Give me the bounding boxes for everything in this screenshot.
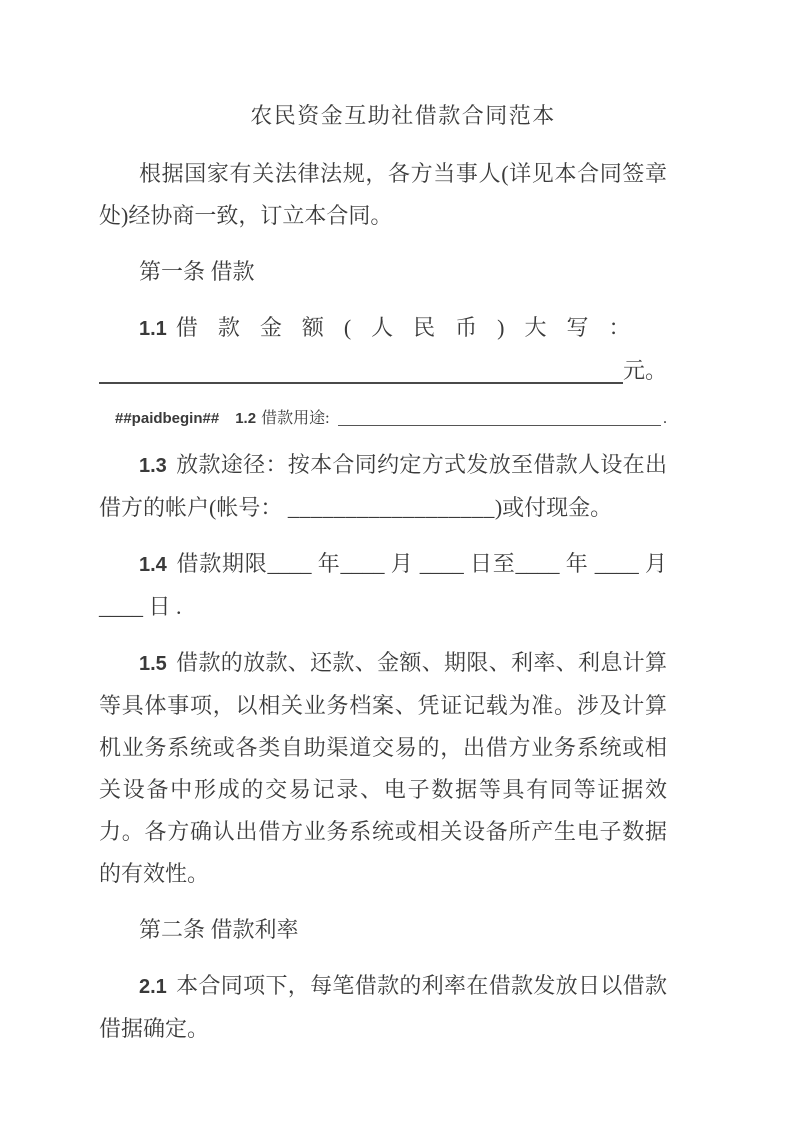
- account-number-blank: __________________: [288, 495, 495, 520]
- contract-page: 农民资金互助社借款合同范本 根据国家有关法律法规，各方当事人(详见本合同签章处)…: [0, 0, 793, 1122]
- clause-1-1-text: 1.1借款金额(人民币)大写：: [99, 307, 667, 350]
- clause-2-1-number: 2.1: [139, 976, 167, 998]
- amount-blank-row: 元。: [99, 350, 667, 392]
- clause-1-3-text-after: )或付现金。: [495, 495, 612, 520]
- clause-1-4: 1.4借款期限____ 年____ 月 ____ 日至____ 年 ____ 月…: [99, 543, 667, 628]
- paid-begin-marker: ##paidbegin##: [115, 408, 219, 430]
- purpose-blank-line: [338, 425, 661, 426]
- clause-1-5: 1.5借款的放款、还款、金额、期限、利率、利息计算等具体事项，以相关业务档案、凭…: [99, 642, 667, 895]
- amount-blank-line: [99, 382, 623, 384]
- document-title: 农民资金互助社借款合同范本: [99, 95, 667, 137]
- clause-1-3: 1.3放款途径：按本合同约定方式发放至借款人设在出借方的帐户(帐号： _____…: [99, 444, 667, 529]
- clause-1-4-number: 1.4: [139, 554, 167, 576]
- section-2-heading: 第二条 借款利率: [99, 909, 667, 951]
- clause-1-5-text: 借款的放款、还款、金额、期限、利率、利息计算等具体事项，以相关业务档案、凭证记载…: [99, 650, 667, 886]
- clause-2-1: 2.1本合同项下，每笔借款的利率在借款发放日以借款借据确定。: [99, 965, 667, 1050]
- clause-1-5-number: 1.5: [139, 653, 167, 675]
- clause-1-1-label: 借款金额(人民币)大写：: [176, 315, 651, 340]
- paid-begin-row: ##paidbegin## 1.2 借款用途: .: [99, 406, 667, 430]
- section-1-heading: 第一条 借款: [99, 251, 667, 293]
- clause-1-1-number: 1.1: [139, 318, 167, 340]
- clause-1-1: 1.1借款金额(人民币)大写： 元。: [99, 307, 667, 392]
- amount-unit: 元。: [623, 350, 667, 392]
- clause-1-3-number: 1.3: [139, 455, 167, 477]
- intro-paragraph: 根据国家有关法律法规，各方当事人(详见本合同签章处)经协商一致，订立本合同。: [99, 153, 667, 237]
- purpose-line-period: .: [663, 408, 667, 430]
- loan-purpose-label: 借款用途:: [261, 408, 329, 430]
- clause-2-1-text: 本合同项下，每笔借款的利率在借款发放日以借款借据确定。: [99, 973, 667, 1041]
- clause-1-2-number: 1.2: [235, 408, 256, 430]
- clause-1-4-text: 借款期限____ 年____ 月 ____ 日至____ 年 ____ 月 __…: [99, 551, 667, 619]
